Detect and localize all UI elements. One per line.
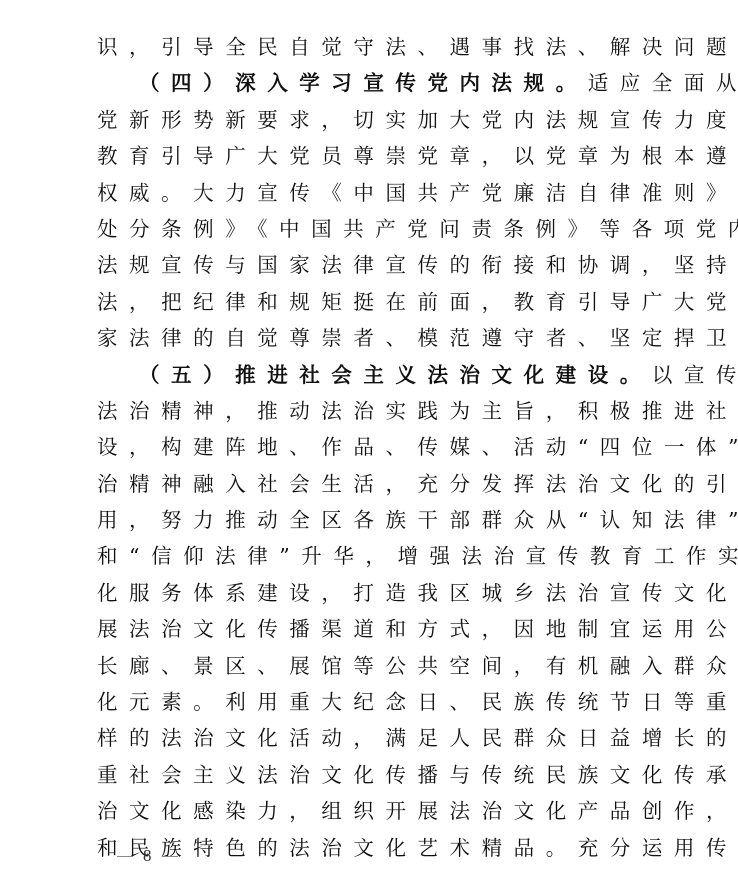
- text-line: 家法律的自觉尊崇者、模范遵守者、坚定捍卫者。: [97, 320, 645, 356]
- text-line: 处分条例》《中国共产党问责条例》等各项党内法规，注重党内: [97, 211, 645, 247]
- text-line: 法，把纪律和规矩挺在前面，教育引导广大党员做党章党规和国: [97, 284, 645, 320]
- page-number: 8: [117, 846, 178, 866]
- body-text: 识，引导全民自觉守法、遇事找法、解决问题靠法。 （四）深入学习宣传党内法规。适应…: [97, 29, 645, 866]
- text-line: 化元素。利用重大纪念日、民族传统节日等重要时期开展形式多: [97, 684, 645, 720]
- text-line: 样的法治文化活动，满足人民群众日益增长的法治文化需求。注: [97, 720, 645, 756]
- text-line: 治文化感染力，组织开展法治文化产品创作，打造一批具有边疆: [97, 793, 645, 829]
- text-line: 展法治文化传播渠道和方式，因地制宜运用公园、广场、街道、: [97, 611, 645, 647]
- text-line: 教育引导广大党员尊崇党章，以党章为根本遵循，坚决维护党章: [97, 138, 645, 174]
- text-line: 权威。大力宣传《中国共产党廉洁自律准则》《中国共产党纪律: [97, 175, 645, 211]
- text-line: 识，引导全民自觉守法、遇事找法、解决问题靠法。: [97, 29, 645, 65]
- text-line: 用，努力推动全区各族干部群众从“认知法律”向“认同法律”: [97, 502, 645, 538]
- text-line: 和“信仰法律”升华，增强法治宣传教育工作实效。依托公共文: [97, 538, 645, 574]
- document-page: 识，引导全民自觉守法、遇事找法、解决问题靠法。 （四）深入学习宣传党内法规。适应…: [0, 0, 738, 895]
- section-heading-line: （四）深入学习宣传党内法规。适应全面从严治党、依规治: [97, 65, 645, 101]
- text-line: 法治精神，推动法治实践为主旨，积极推进社会主义法治文化建: [97, 393, 645, 429]
- dash-right: [162, 856, 178, 857]
- text-line: 设，构建阵地、作品、传媒、活动“四位一体”发展格局，将法: [97, 429, 645, 465]
- text-line: 法规宣传与国家法律宣传的衔接和协调，坚持纪在法前、纪严于: [97, 247, 645, 283]
- dash-left: [117, 856, 133, 857]
- text-line: 重社会主义法治文化传播与传统民族文化传承有机融合，增强法: [97, 757, 645, 793]
- text-line: 长廊、景区、展馆等公共空间，有机融入群众喜闻乐见的法治文: [97, 648, 645, 684]
- text-line: 和民族特色的法治文化艺术精品。充分运用传统媒体和新兴媒: [97, 830, 645, 866]
- text-span: 以宣传法律知识，弘扬: [652, 363, 738, 387]
- text-line: 化服务体系建设，打造我区城乡法治宣传文化阵地体系。努力拓: [97, 575, 645, 611]
- text-line: 党新形势新要求，切实加大党内法规宣传力度。突出宣传党章，: [97, 102, 645, 138]
- page-number-value: 8: [143, 846, 152, 866]
- section-heading-5: （五）推进社会主义法治文化建设。: [139, 363, 652, 387]
- section-heading-4: （四）深入学习宣传党内法规。: [139, 71, 588, 95]
- section-heading-line: （五）推进社会主义法治文化建设。以宣传法律知识，弘扬: [97, 357, 645, 393]
- text-line: 治精神融入社会生活，充分发挥法治文化的引领、启迪、熏陶作: [97, 466, 645, 502]
- text-span: 适应全面从严治党、依规治: [588, 71, 738, 95]
